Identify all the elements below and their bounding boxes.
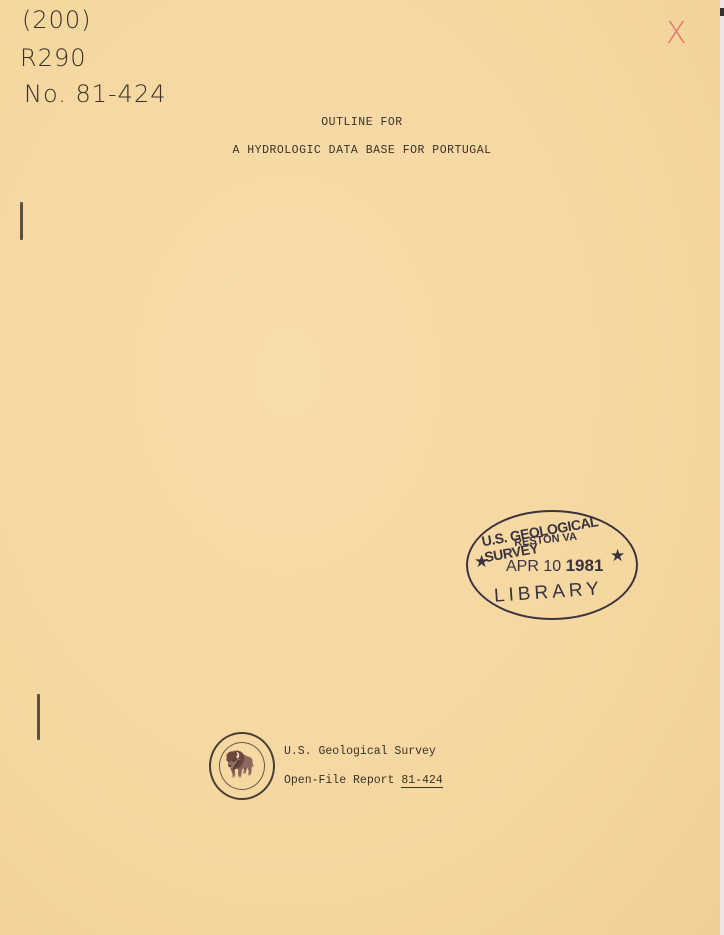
agency-name: U.S. Geological Survey: [284, 745, 436, 758]
report-id: Open-File Report 81-424: [284, 774, 443, 787]
staple-top-icon: [20, 202, 23, 240]
stamp-library: LIBRARY: [493, 578, 603, 608]
document-page: (200) R290 No. 81-424 X OUTLINE FOR A HY…: [0, 0, 720, 935]
library-stamp: U.S. GEOLOGICAL SURVEY RESTON VA ★ APR 1…: [466, 510, 638, 620]
star-icon: ★: [474, 552, 489, 572]
x-mark-icon: X: [666, 16, 687, 51]
handwritten-note-3: No. 81-424: [24, 80, 166, 108]
staple-bottom-icon: [37, 694, 40, 740]
handwritten-note-2: R290: [20, 44, 86, 72]
star-icon: ★: [610, 546, 625, 566]
interior-seal-icon: 🦬: [209, 732, 275, 800]
stamp-date: APR 10 1981: [506, 556, 603, 576]
handwritten-note-1: (200): [22, 6, 92, 34]
report-number: 81-424: [401, 774, 442, 788]
title-line-2: A HYDROLOGIC DATA BASE FOR PORTUGAL: [0, 144, 724, 157]
bison-icon: 🦬: [223, 751, 255, 777]
title-line-1: OUTLINE FOR: [0, 116, 724, 129]
page-edge: [720, 0, 724, 935]
